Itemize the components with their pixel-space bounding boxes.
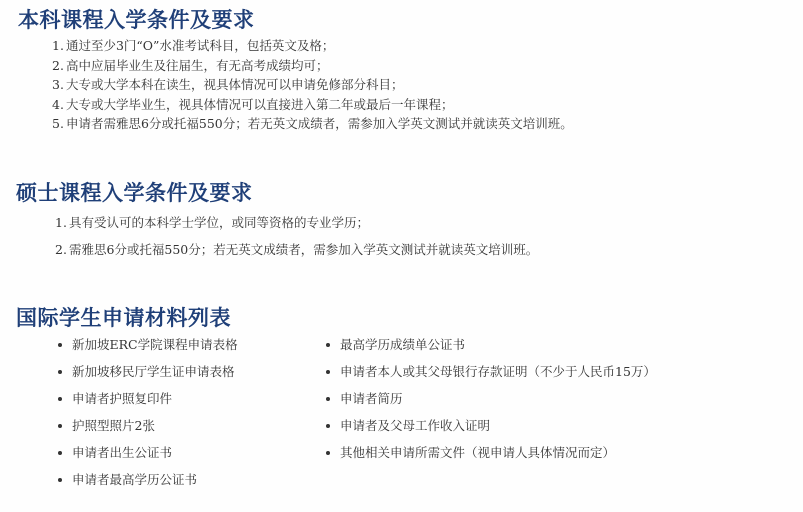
materials-list-right: 最高学历成绩单公证书 申请者本人或其父母银行存款证明（不少于人民币15万） 申请… [326,331,656,466]
list-item: 申请者本人或其父母银行存款证明（不少于人民币15万） [326,358,656,385]
item-text: 申请者出生公证书 [72,445,172,460]
bullet-icon [326,424,330,428]
list-item: 申请者及父母工作收入证明 [326,412,656,439]
item-number: 2. [52,58,64,73]
list-item: 其他相关申请所需文件（视申请人具体情况而定） [326,439,656,466]
item-number: 1. [55,215,67,230]
bullet-icon [58,451,62,455]
item-text: 大专或大学本科在读生，视具体情况可以申请免修部分科目； [66,77,404,92]
item-text: 通过至少3门“O”水准考试科目，包括英文及格； [66,38,334,53]
item-text: 护照型照片2张 [72,418,155,433]
item-text: 申请者简历 [340,391,403,406]
item-text: 申请者及父母工作收入证明 [340,418,490,433]
list-item: 最高学历成绩单公证书 [326,331,656,358]
bullet-icon [326,397,330,401]
item-text: 申请者需雅思6分或托福550分；若无英文成绩者，需参加入学英文测试并就读英文培训… [66,116,573,131]
master-heading: 硕士课程入学条件及要求 [16,177,253,207]
bullet-icon [58,343,62,347]
materials-heading: 国际学生申请材料列表 [16,302,231,332]
undergrad-requirements-list: 1.通过至少3门“O”水准考试科目，包括英文及格； 2.高中应届毕业生及往届生，… [52,36,573,134]
item-number: 5. [52,116,64,131]
bullet-icon [58,478,62,482]
item-text: 新加坡移民厅学生证申请表格 [72,364,235,379]
item-number: 3. [52,77,64,92]
item-text: 申请者本人或其父母银行存款证明（不少于人民币15万） [340,364,656,379]
bullet-icon [326,451,330,455]
master-requirements-list: 1.具有受认可的本科学士学位，或同等资格的专业学历； 2.需雅思6分或托福550… [55,209,538,263]
list-item: 1.通过至少3门“O”水准考试科目，包括英文及格； [52,36,573,56]
item-text: 大专或大学毕业生，视具体情况可以直接进入第二年或最后一年课程； [66,97,454,112]
item-text: 申请者最高学历公证书 [72,472,197,487]
list-item: 新加坡ERC学院课程申请表格 [58,331,238,358]
list-item: 申请者出生公证书 [58,439,238,466]
list-item: 申请者最高学历公证书 [58,466,238,493]
list-item: 申请者护照复印件 [58,385,238,412]
list-item: 4.大专或大学毕业生，视具体情况可以直接进入第二年或最后一年课程； [52,95,573,115]
materials-list-left: 新加坡ERC学院课程申请表格 新加坡移民厅学生证申请表格 申请者护照复印件 护照… [58,331,238,493]
bullet-icon [58,424,62,428]
item-text: 需雅思6分或托福550分；若无英文成绩者，需参加入学英文测试并就读英文培训班。 [69,242,538,257]
list-item: 护照型照片2张 [58,412,238,439]
bullet-icon [326,370,330,374]
bullet-icon [58,370,62,374]
list-item: 3.大专或大学本科在读生，视具体情况可以申请免修部分科目； [52,75,573,95]
list-item: 2.高中应届毕业生及往届生，有无高考成绩均可； [52,56,573,76]
list-item: 新加坡移民厅学生证申请表格 [58,358,238,385]
bullet-icon [326,343,330,347]
list-item: 5.申请者需雅思6分或托福550分；若无英文成绩者，需参加入学英文测试并就读英文… [52,114,573,134]
item-text: 申请者护照复印件 [72,391,172,406]
item-text: 最高学历成绩单公证书 [340,337,465,352]
item-number: 4. [52,97,64,112]
list-item: 1.具有受认可的本科学士学位，或同等资格的专业学历； [55,209,538,236]
undergrad-heading: 本科课程入学条件及要求 [18,4,255,34]
bullet-icon [58,397,62,401]
item-text: 高中应届毕业生及往届生，有无高考成绩均可； [66,58,329,73]
list-item: 申请者简历 [326,385,656,412]
item-text: 其他相关申请所需文件（视申请人具体情况而定） [340,445,615,460]
item-text: 新加坡ERC学院课程申请表格 [72,337,238,352]
item-number: 2. [55,242,67,257]
item-number: 1. [52,38,64,53]
list-item: 2.需雅思6分或托福550分；若无英文成绩者，需参加入学英文测试并就读英文培训班… [55,236,538,263]
item-text: 具有受认可的本科学士学位，或同等资格的专业学历； [69,215,369,230]
